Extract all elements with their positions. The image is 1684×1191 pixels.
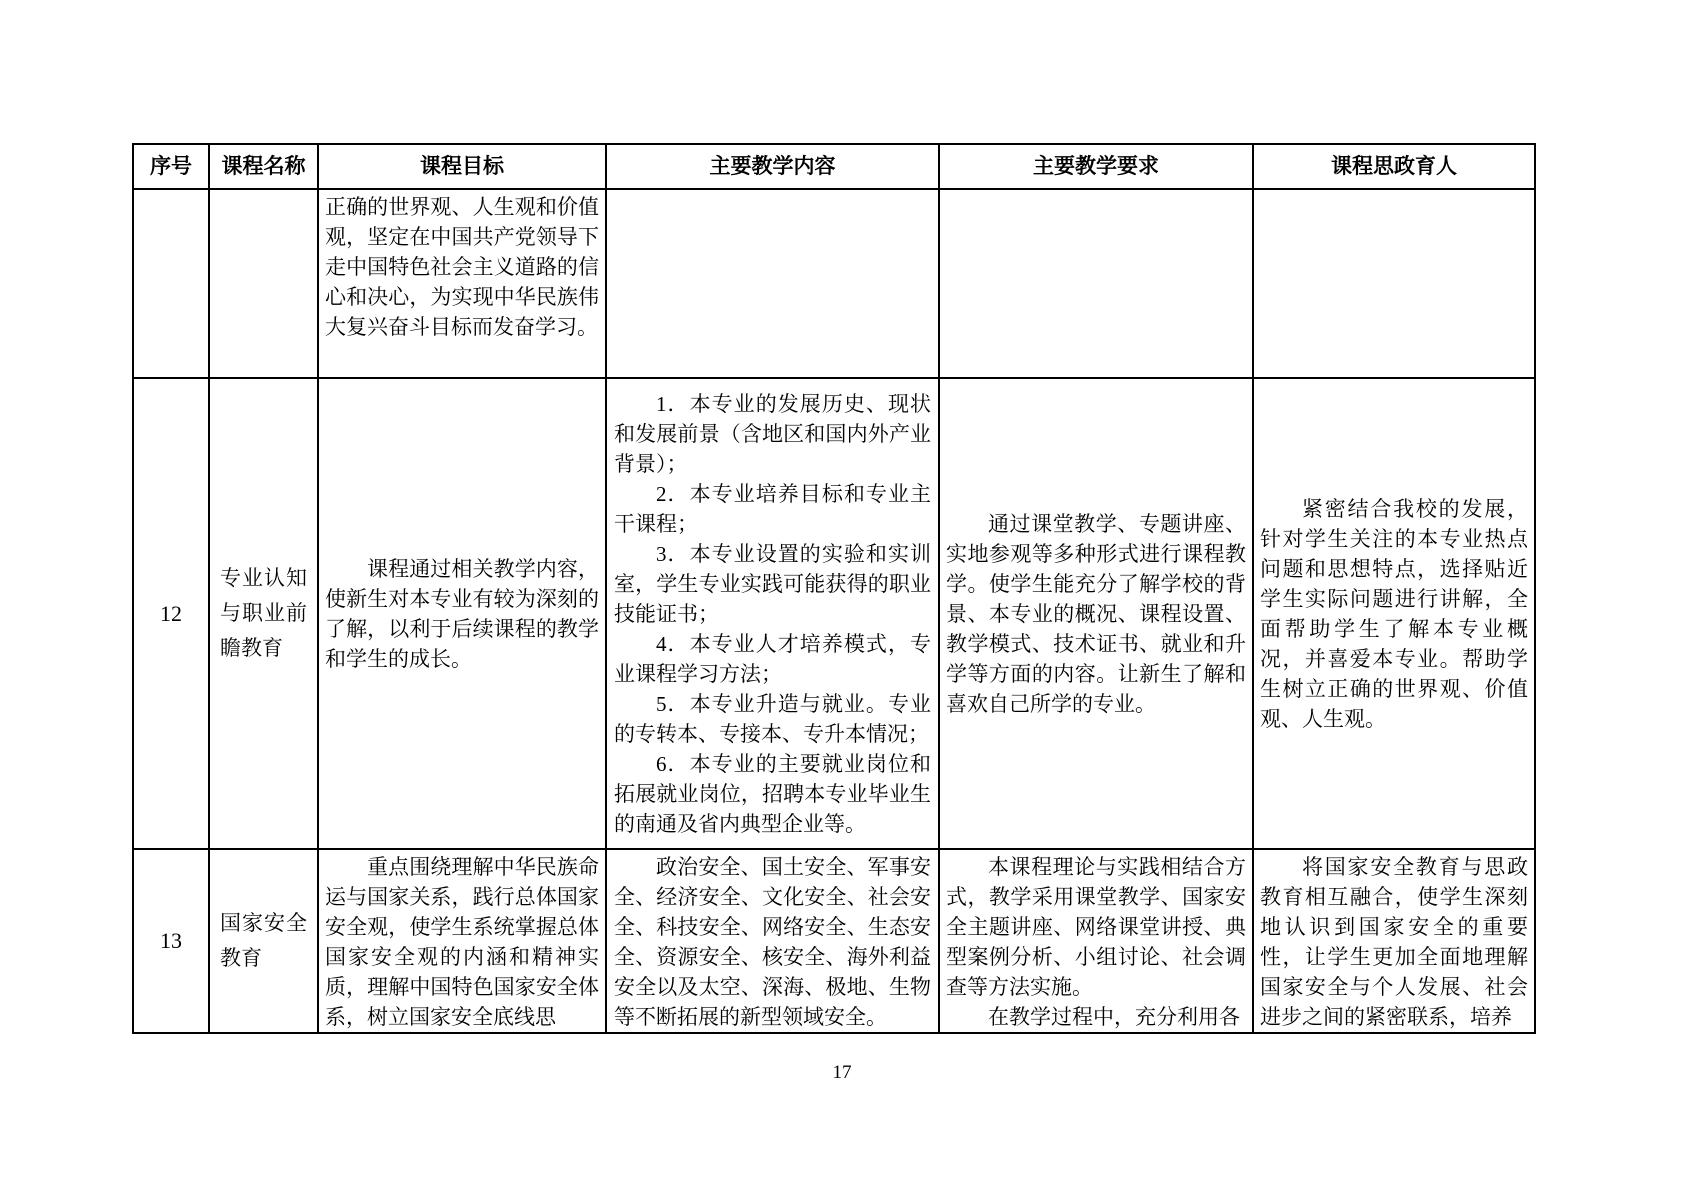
row12-course-name-cell: 专业认知与职业前瞻教育 [210,379,319,850]
teaching-content-item: 1．本专业的发展历史、现状和发展前景（含地区和国内外产业背景）； [614,389,931,479]
row13-objective-cell: 重点围绕理解中华民族命运与国家关系，践行总体国家安全观，使学生系统掌握总体国家安… [319,850,607,1032]
row13-ideology-education-cell: 将国家安全教育与思政教育相互融合，使学生深刻地认识到国家安全的重要性，让学生更加… [1254,850,1534,1032]
teaching-content-item: 政治安全、国土安全、军事安全、经济安全、文化安全、社会安全、科技安全、网络安全、… [614,852,931,1032]
teaching-content-item: 2．本专业培养目标和专业主干课程； [614,479,931,539]
document-page: 序号 课程名称 课程目标 主要教学内容 主要教学要求 课程思政育人 正确的世界观… [0,0,1684,1191]
row12-seq-cell: 12 [134,379,210,850]
row13-seq-cell: 13 [134,850,210,1032]
course-name: 国家安全教育 [220,906,307,976]
objective-paragraph: 重点围绕理解中华民族命运与国家关系，践行总体国家安全观，使学生系统掌握总体国家安… [325,852,599,1032]
row-cont-course-name-cell [210,190,319,379]
teaching-requirements-paragraph: 通过课堂教学、专题讲座、实地参观等多种形式进行课程教学。使学生能充分了解学校的背… [946,509,1246,719]
course-name: 专业认知与职业前瞻教育 [220,561,307,666]
row-cont-ideology-education-cell [1254,190,1534,379]
ideology-education-paragraph: 紧密结合我校的发展，针对学生关注的本专业热点问题和思想特点，选择贴近学生实际问题… [1260,494,1528,734]
course-table: 序号 课程名称 课程目标 主要教学内容 主要教学要求 课程思政育人 正确的世界观… [132,143,1536,1034]
objective-paragraph: 课程通过相关教学内容，使新生对本专业有较为深刻的了解，以利于后续课程的教学和学生… [325,554,599,674]
teaching-content-item: 5．本专业升造与就业。专业的专转本、专接本、专升本情况； [614,689,931,749]
row12-teaching-content-cell: 1．本专业的发展历史、现状和发展前景（含地区和国内外产业背景）； 2．本专业培养… [607,379,940,850]
page-number: 17 [0,1062,1684,1084]
ideology-education-paragraph: 将国家安全教育与思政教育相互融合，使学生深刻地认识到国家安全的重要性，让学生更加… [1260,852,1528,1032]
row13-teaching-content-cell: 政治安全、国土安全、军事安全、经济安全、文化安全、社会安全、科技安全、网络安全、… [607,850,940,1032]
teaching-content-item: 6．本专业的主要就业岗位和拓展就业岗位，招聘本专业毕业生的南通及省内典型企业等。 [614,749,931,839]
row-cont-teaching-content-cell [607,190,940,379]
column-header-course-name: 课程名称 [210,145,319,190]
teaching-content-item: 4．本专业人才培养模式，专业课程学习方法； [614,629,931,689]
column-header-teaching-content: 主要教学内容 [607,145,940,190]
row-cont-objective-cell: 正确的世界观、人生观和价值观，坚定在中国共产党领导下走中国特色社会主义道路的信心… [319,190,607,379]
row13-course-name-cell: 国家安全教育 [210,850,319,1032]
row13-teaching-requirements-cell: 本课程理论与实践相结合方式，教学采用课堂教学、国家安全主题讲座、网络课堂讲授、典… [940,850,1254,1032]
row-cont-teaching-requirements-cell [940,190,1254,379]
teaching-requirements-paragraph: 在教学过程中，充分利用各 [946,1002,1246,1032]
column-header-objective: 课程目标 [319,145,607,190]
objective-paragraph: 正确的世界观、人生观和价值观，坚定在中国共产党领导下走中国特色社会主义道路的信心… [325,192,599,342]
column-header-ideology-education: 课程思政育人 [1254,145,1534,190]
row12-ideology-education-cell: 紧密结合我校的发展，针对学生关注的本专业热点问题和思想特点，选择贴近学生实际问题… [1254,379,1534,850]
column-header-seq: 序号 [134,145,210,190]
row-cont-seq-cell [134,190,210,379]
teaching-content-item: 3．本专业设置的实验和实训室，学生专业实践可能获得的职业技能证书； [614,539,931,629]
row12-teaching-requirements-cell: 通过课堂教学、专题讲座、实地参观等多种形式进行课程教学。使学生能充分了解学校的背… [940,379,1254,850]
row12-objective-cell: 课程通过相关教学内容，使新生对本专业有较为深刻的了解，以利于后续课程的教学和学生… [319,379,607,850]
column-header-teaching-requirements: 主要教学要求 [940,145,1254,190]
teaching-requirements-paragraph: 本课程理论与实践相结合方式，教学采用课堂教学、国家安全主题讲座、网络课堂讲授、典… [946,852,1246,1002]
